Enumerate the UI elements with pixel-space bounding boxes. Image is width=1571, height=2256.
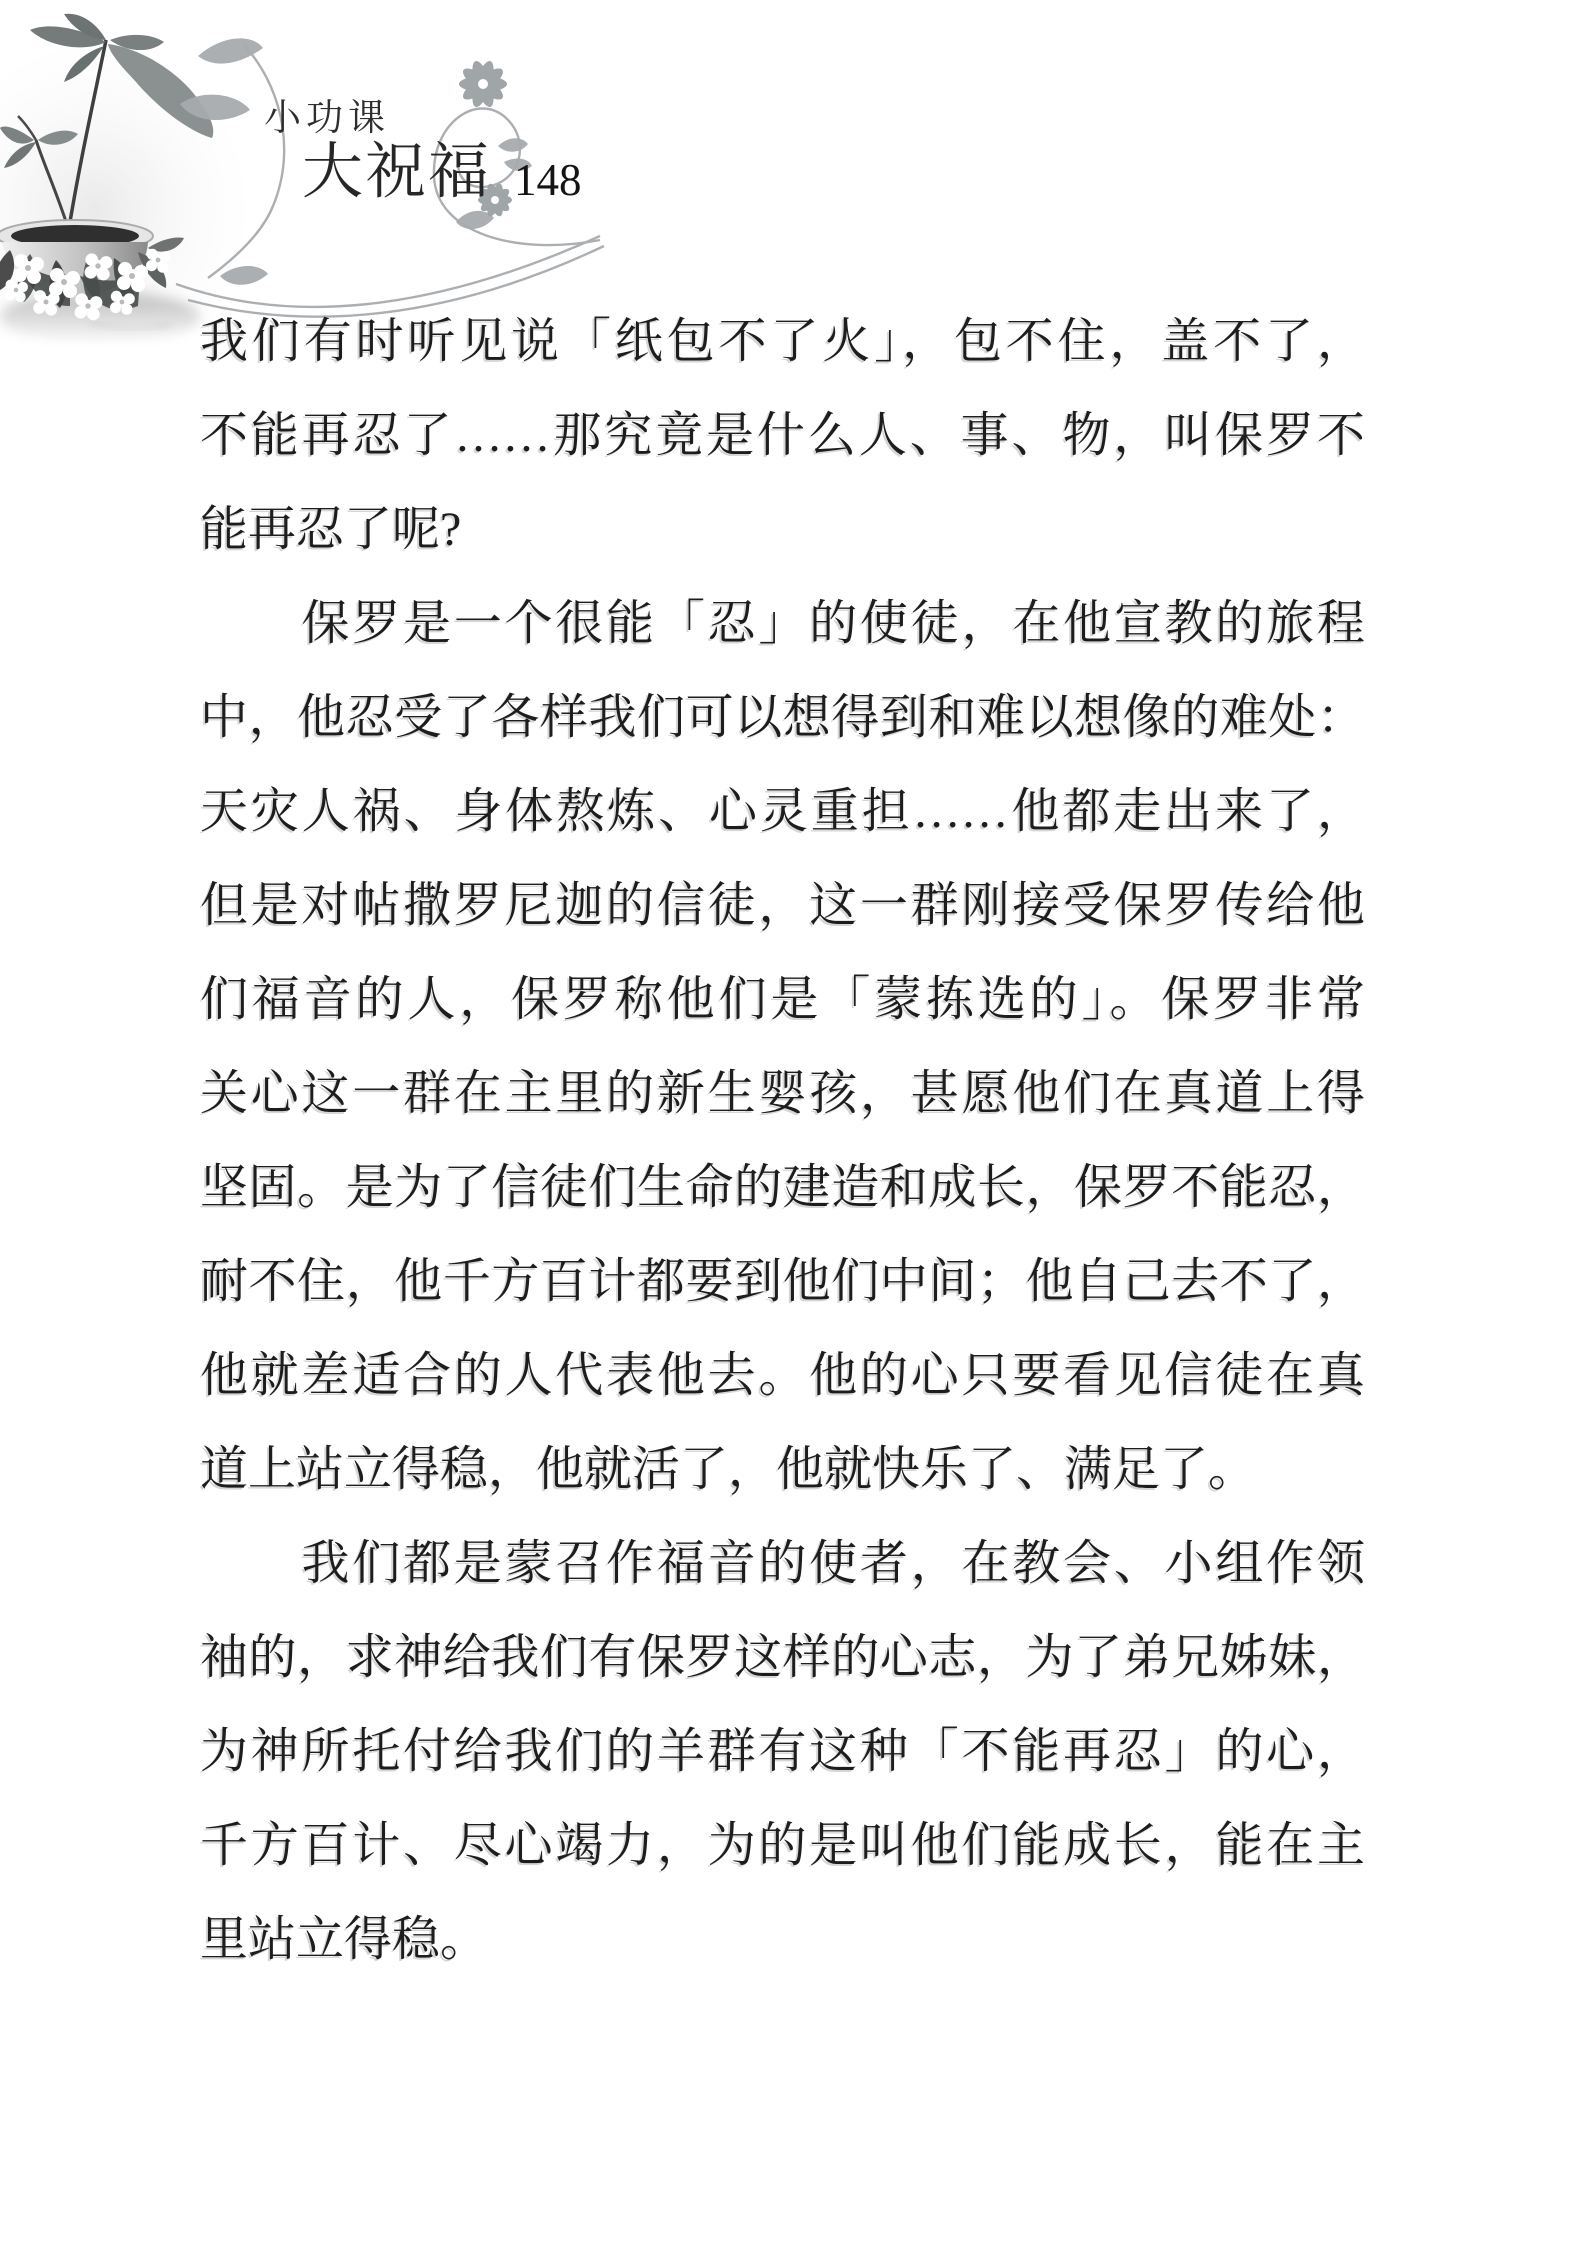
text-line: 为神所托付给我们的羊群有这种「不能再忍」的心， (200, 1705, 1365, 1799)
text-line: 关心这一群在主里的新生婴孩，甚愿他们在真道上得 (200, 1047, 1365, 1141)
text-line: 里站立得稳。 (200, 1893, 1365, 1987)
text-line: 耐不住，他千方百计都要到他们中间；他自己去不了， (200, 1235, 1365, 1329)
paragraph: 我们有时听见说「纸包不了火」，包不住，盖不了，不能再忍了……那究竟是什么人、事、… (200, 295, 1365, 577)
text-line: 天灾人祸、身体熬炼、心灵重担……他都走出来了， (200, 765, 1365, 859)
text-line: 保罗是一个很能「忍」的使徒，在他宣教的旅程 (200, 577, 1365, 671)
text-line: 们福音的人，保罗称他们是「蒙拣选的」。保罗非常 (200, 953, 1365, 1047)
text-line: 我们都是蒙召作福音的使者，在教会、小组作领 (200, 1517, 1365, 1611)
body-text: 我们有时听见说「纸包不了火」，包不住，盖不了，不能再忍了……那究竟是什么人、事、… (200, 295, 1365, 1987)
text-line: 中，他忍受了各样我们可以想得到和难以想像的难处： (200, 671, 1365, 765)
book-page: 小功课 大祝福 148 我们有时听见说「纸包不了火」，包不住，盖不了，不能再忍了… (0, 0, 1571, 2256)
text-line: 千方百计、尽心竭力，为的是叫他们能成长，能在主 (200, 1799, 1365, 1893)
text-line: 不能再忍了……那究竟是什么人、事、物，叫保罗不 (200, 389, 1365, 483)
paragraph: 保罗是一个很能「忍」的使徒，在他宣教的旅程中，他忍受了各样我们可以想得到和难以想… (200, 577, 1365, 1517)
text-line: 坚固。是为了信徒们生命的建造和成长，保罗不能忍， (200, 1141, 1365, 1235)
page-number: 148 (514, 158, 582, 203)
paragraph: 我们都是蒙召作福音的使者，在教会、小组作领袖的，求神给我们有保罗这样的心志，为了… (200, 1517, 1365, 1987)
text-line: 但是对帖撒罗尼迦的信徒，这一群刚接受保罗传给他 (200, 859, 1365, 953)
text-line: 道上站立得稳，他就活了，他就快乐了、满足了。 (200, 1423, 1365, 1517)
series-title: 小功课 (264, 99, 390, 136)
text-line: 能再忍了呢? (200, 483, 1365, 577)
text-line: 我们有时听见说「纸包不了火」，包不住，盖不了， (200, 295, 1365, 389)
book-title: 大祝福 (302, 141, 491, 202)
text-line: 袖的，求神给我们有保罗这样的心志，为了弟兄姊妹， (200, 1611, 1365, 1705)
text-line: 他就差适合的人代表他去。他的心只要看见信徒在真 (200, 1329, 1365, 1423)
